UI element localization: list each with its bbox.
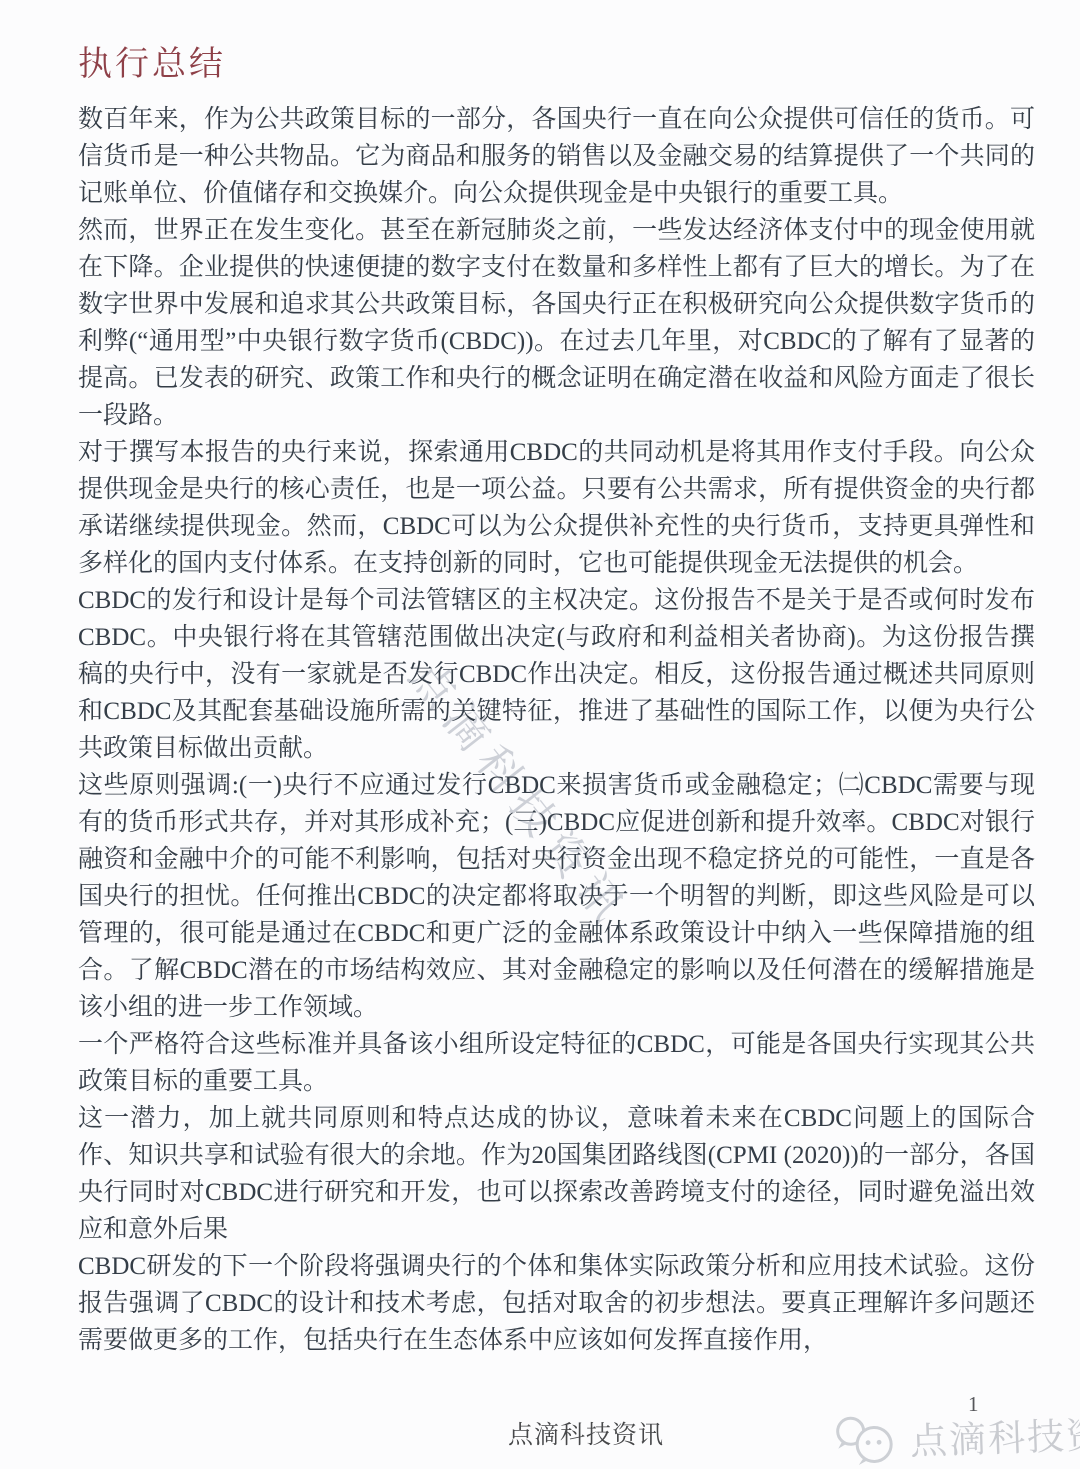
page-title: 执行总结 <box>78 36 226 85</box>
footer-logo-text: 点滴科技资讯 <box>909 1403 1080 1465</box>
footer-logo: 点滴科技资讯 <box>829 1403 1080 1468</box>
paragraph-5: 这些原则强调:(一)央行不应通过发行CBDC来损害货币或金融稳定；㈡CBDC需要… <box>78 767 1035 1026</box>
paragraph-4: CBDC的发行和设计是每个司法管辖区的主权决定。这份报告不是关于是否或何时发布C… <box>78 582 1035 767</box>
document-body: 数百年来，作为公共政策目标的一部分，各国央行一直在向公众提供可信任的货币。可信货… <box>78 101 1035 1359</box>
paragraph-2: 然而，世界正在发生变化。甚至在新冠肺炎之前，一些发达经济体支付中的现金使用就在下… <box>78 212 1035 434</box>
paragraph-6: 一个严格符合这些标准并具备该小组所设定特征的CBDC，可能是各国央行实现其公共政… <box>78 1026 1035 1100</box>
chat-bubbles-icon <box>829 1413 903 1467</box>
paragraph-7: 这一潜力，加上就共同原则和特点达成的协议，意味着未来在CBDC问题上的国际合作、… <box>78 1100 1035 1248</box>
paragraph-3: 对于撰写本报告的央行来说，探索通用CBDC的共同动机是将其用作支付手段。向公众提… <box>78 434 1035 582</box>
paragraph-8: CBDC研发的下一个阶段将强调央行的个体和集体实际政策分析和应用技术试验。这份报… <box>78 1248 1035 1359</box>
document-page: 点滴科技资讯 执行总结 数百年来，作为公共政策目标的一部分，各国央行一直在向公众… <box>0 0 1080 1469</box>
paragraph-1: 数百年来，作为公共政策目标的一部分，各国央行一直在向公众提供可信任的货币。可信货… <box>78 101 1035 212</box>
